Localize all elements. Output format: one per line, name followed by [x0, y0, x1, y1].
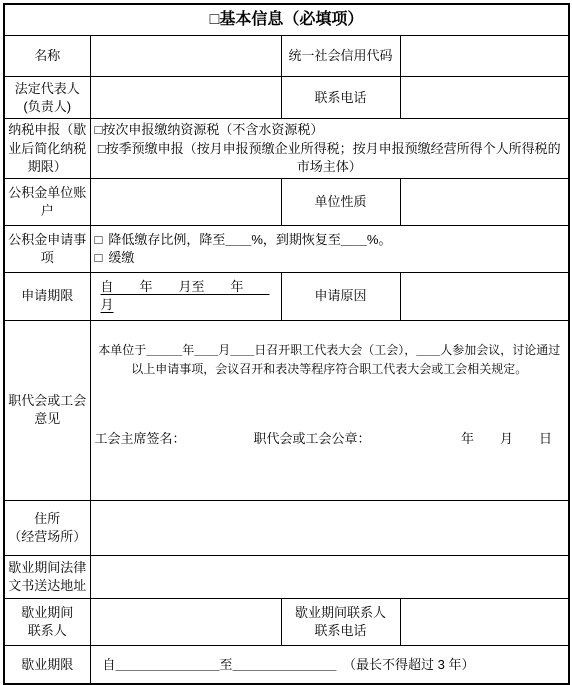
union-opinion-content: 本单位于＿＿＿年＿＿月＿＿日召开职工代表大会（工会），＿＿人参加会议，讨论通过以…	[90, 320, 569, 500]
form-title-text: 基本信息（必填项）	[219, 11, 363, 28]
input-closure-contact[interactable]	[90, 598, 281, 645]
input-fund-account[interactable]	[90, 178, 281, 225]
union-chairman-signature-label[interactable]: 工会主席签名：	[95, 430, 186, 448]
input-apply-reason[interactable]	[400, 272, 569, 320]
row-fund-account: 公积金单位账 户 单位性质	[4, 178, 569, 225]
form-page: □基本信息（必填项） 名称 统一社会信用代码 法定代表人 (负责人) 联系电话 …	[0, 0, 572, 678]
tax-option-2: □按季预缴申报（按月申报预缴企业所得税；按月申报预缴经营所得个人所得税的市场主体…	[95, 140, 565, 176]
label-fund-account: 公积金单位账 户	[4, 178, 90, 225]
checkbox-icon[interactable]: □	[95, 232, 103, 247]
label-closure-contact-phone: 歇业期间联系人 联系电话	[281, 598, 400, 645]
label-closure-period: 歇业期限	[4, 645, 90, 684]
row-address: 住所 （经营场所）	[4, 500, 569, 555]
row-closure-period: 歇业期限 自＿＿＿＿＿＿＿＿至＿＿＿＿＿＿＿＿ （最长不得超过 3 年）	[4, 645, 569, 684]
label-credit-code: 统一社会信用代码	[281, 36, 400, 77]
row-apply-period: 申请期限 自 年 月至 年 月 申请原因	[4, 272, 569, 320]
tax-option-1: □按次申报缴纳资源税（不含水资源税）	[95, 121, 565, 139]
label-union-opinion: 职代会或工会 意见	[4, 320, 90, 500]
row-tax-declare: 纳税申报（歇 业后简化纳税 期限） □按次申报缴纳资源税（不含水资源税） □按季…	[4, 119, 569, 179]
input-apply-period[interactable]: 自 年 月至 年 月	[90, 272, 281, 320]
label-doc-address: 歇业期间法律 文书送达地址	[4, 555, 90, 598]
input-legal-rep[interactable]	[90, 77, 281, 119]
title-row: □基本信息（必填项）	[4, 4, 569, 36]
label-unit-nature: 单位性质	[281, 178, 400, 225]
fund-option-1: □降低缴存比例，降至＿＿%，到期恢复至＿＿%。	[95, 231, 565, 249]
label-phone: 联系电话	[281, 77, 400, 119]
basic-info-form-table: □基本信息（必填项） 名称 统一社会信用代码 法定代表人 (负责人) 联系电话 …	[3, 3, 570, 685]
checkbox-icon[interactable]: □	[95, 250, 103, 265]
union-opinion-paragraph: 本单位于＿＿＿年＿＿月＿＿日召开职工代表大会（工会），＿＿人参加会议，讨论通过以…	[95, 341, 565, 378]
label-closure-contact: 歇业期间 联系人	[4, 598, 90, 645]
fund-option-1-text: 降低缴存比例，降至＿＿%，到期恢复至＿＿%。	[108, 232, 391, 247]
tax-option-2-text: 按季预缴申报（按月申报预缴企业所得税；按月申报预缴经营所得个人所得税的市场主体）	[106, 141, 561, 174]
input-credit-code[interactable]	[400, 36, 569, 77]
label-address: 住所 （经营场所）	[4, 500, 90, 555]
fund-option-2: □缓缴	[95, 249, 565, 267]
row-name: 名称 统一社会信用代码	[4, 36, 569, 77]
union-seal-label[interactable]: 职代会或工会公章：	[254, 430, 371, 448]
union-signature-line: 工会主席签名： 职代会或工会公章： 年 月 日	[95, 430, 565, 448]
apply-period-blank[interactable]: 自 年 月至 年 月	[101, 279, 270, 312]
tax-declare-options: □按次申报缴纳资源税（不含水资源税） □按季预缴申报（按月申报预缴企业所得税；按…	[90, 119, 569, 179]
row-legal-rep: 法定代表人 (负责人) 联系电话	[4, 77, 569, 119]
checkbox-icon[interactable]: □	[98, 141, 106, 156]
label-name: 名称	[4, 36, 90, 77]
fund-request-options: □降低缴存比例，降至＿＿%，到期恢复至＿＿%。 □缓缴	[90, 225, 569, 272]
title-checkbox-icon[interactable]: □	[210, 11, 220, 28]
input-phone[interactable]	[400, 77, 569, 119]
input-unit-nature[interactable]	[400, 178, 569, 225]
label-fund-request: 公积金申请事 项	[4, 225, 90, 272]
input-address[interactable]	[90, 500, 569, 555]
label-tax-declare: 纳税申报（歇 业后简化纳税 期限）	[4, 119, 90, 179]
input-doc-address[interactable]	[90, 555, 569, 598]
row-fund-request: 公积金申请事 项 □降低缴存比例，降至＿＿%，到期恢复至＿＿%。 □缓缴	[4, 225, 569, 272]
row-closure-contact: 歇业期间 联系人 歇业期间联系人 联系电话	[4, 598, 569, 645]
row-union-opinion: 职代会或工会 意见 本单位于＿＿＿年＿＿月＿＿日召开职工代表大会（工会），＿＿人…	[4, 320, 569, 500]
fund-option-2-text: 缓缴	[108, 250, 134, 265]
label-legal-rep: 法定代表人 (负责人)	[4, 77, 90, 119]
input-name[interactable]	[90, 36, 281, 77]
union-date-blank[interactable]: 年 月 日	[461, 430, 552, 448]
input-closure-contact-phone[interactable]	[400, 598, 569, 645]
row-doc-address: 歇业期间法律 文书送达地址	[4, 555, 569, 598]
label-apply-reason: 申请原因	[281, 272, 400, 320]
form-title: □基本信息（必填项）	[4, 4, 569, 36]
tax-option-1-text: 按次申报缴纳资源税（不含水资源税）	[102, 122, 323, 137]
label-apply-period: 申请期限	[4, 272, 90, 320]
input-closure-period[interactable]: 自＿＿＿＿＿＿＿＿至＿＿＿＿＿＿＿＿ （最长不得超过 3 年）	[90, 645, 569, 684]
